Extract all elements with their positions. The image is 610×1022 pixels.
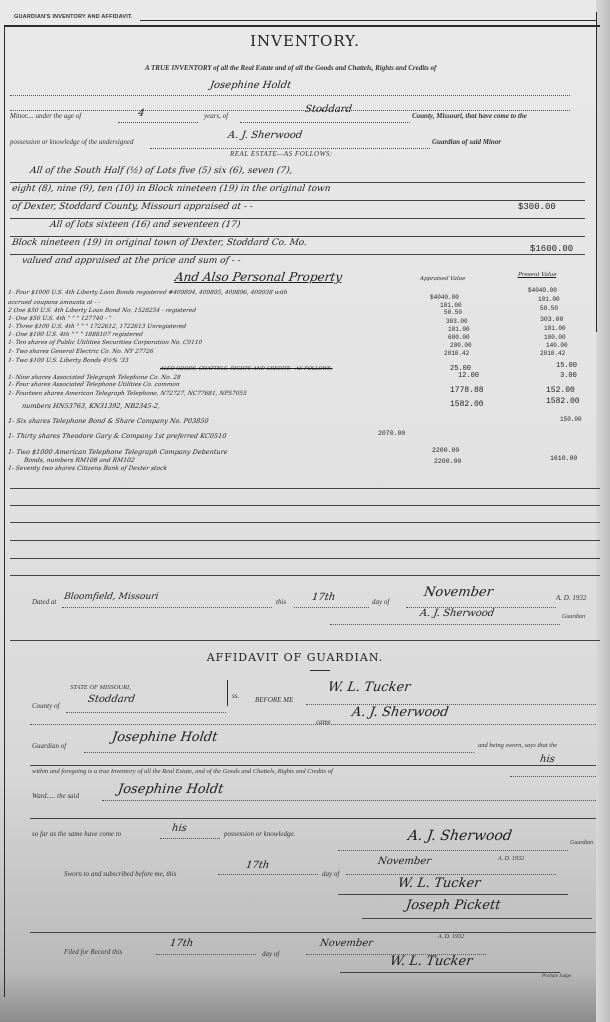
list-item: Bonds, numbers RM108 and RM102	[24, 457, 136, 464]
filed-year: A. D. 1932	[438, 934, 464, 940]
dated-day-of-label: day of	[372, 598, 389, 606]
affidavit-county: Stoddard	[87, 694, 135, 705]
guardian-signature: A. J. Sherwood	[407, 828, 513, 844]
guardian-signature-line	[338, 850, 568, 851]
ruled-line	[30, 818, 596, 819]
sworn-label: Sworn to and subscribed before me, this	[64, 870, 176, 878]
affidavit-title: AFFIDAVIT OF GUARDIAN.	[0, 651, 600, 664]
filed-label: Filed for Record this	[64, 948, 122, 956]
before-me-label: BEFORE ME	[255, 696, 293, 704]
real-estate-2-line-1: All of lots sixteen (16) and seventeen (…	[49, 220, 241, 230]
before-me-value: W. L. Tucker	[327, 680, 411, 695]
real-estate-2-value: $1600.00	[530, 244, 573, 254]
ruled-line	[10, 182, 585, 183]
list-item: 1- Two shares General Electric Co. No. N…	[8, 349, 154, 355]
county-line	[66, 712, 226, 713]
ruled-line	[30, 765, 596, 766]
filed-signature: W. L. Tucker	[389, 954, 473, 969]
filed-signature-line	[340, 972, 560, 973]
dated-year: A. D. 1932	[556, 594, 586, 602]
guardian-of-minor-label: Guardian of said Minor	[432, 138, 501, 146]
before-me-line	[306, 704, 596, 705]
list-item: 1- Four shares Associated Telephone Util…	[8, 382, 180, 388]
item-appraised: 303.00	[446, 318, 468, 325]
ruled-line	[10, 254, 585, 255]
real-estate-2-line-2: Block nineteen (19) in original town of …	[11, 238, 307, 248]
possession-label: possession or knowledge of the undersign…	[10, 138, 133, 146]
ruled-line	[10, 236, 585, 237]
ruled-line	[10, 522, 600, 523]
ruled-line	[10, 505, 600, 506]
pronoun-line	[510, 776, 596, 777]
ss-label: ss.	[232, 692, 239, 700]
affidavit-body-text: within and foregoing is a true Inventory…	[32, 768, 333, 775]
item-present: 303.00	[540, 316, 563, 323]
dated-day: 17th	[311, 592, 336, 603]
form-header-label: GUARDIAN'S INVENTORY AND AFFIDAVIT.	[14, 14, 133, 20]
sworn-year: A. D. 1932	[498, 856, 524, 862]
list-item: 1- Nine shares Associated Telegraph Tele…	[8, 375, 181, 381]
guardian-name: A. J. Sherwood	[227, 130, 303, 141]
day-line	[294, 607, 369, 608]
ruled-line	[10, 575, 600, 576]
list-item: accrued coupons amounts at - -	[8, 300, 101, 306]
real-estate-1-line-1: All of the South Half (½) of Lots five (…	[29, 166, 293, 176]
second-signature-line	[362, 918, 592, 919]
right-border-upper	[596, 12, 597, 332]
county-suffix: County, Missouri, that have come to the	[412, 112, 527, 120]
ruled-line	[10, 558, 600, 559]
item-present: 15.00	[556, 362, 577, 370]
minor-age-label: Minor.... under the age of	[10, 112, 81, 120]
real-estate-2-line-3: valued and appraised at the price and su…	[21, 256, 241, 266]
item-appraised: 600.00	[448, 334, 470, 341]
pronoun-2: his	[171, 823, 187, 834]
item-present: 1610.00	[550, 455, 577, 462]
dated-signature-role: Guardian	[562, 614, 585, 620]
ward-label: Ward..... the said	[32, 792, 79, 800]
item-appraised: 101.00	[440, 302, 462, 309]
minor-name-line	[10, 95, 570, 96]
item-present: 50.50	[540, 305, 558, 312]
list-item: 1- One $50 U.S. 4th " " " 127740 - "	[8, 316, 112, 322]
pronoun-2-line	[160, 838, 220, 839]
sworn-day-line	[218, 874, 318, 875]
ruled-line	[10, 540, 600, 541]
item-present: 100.00	[544, 334, 566, 341]
filed-role: Probate Judge	[542, 974, 571, 979]
item-present: 101.00	[538, 296, 560, 303]
officer-signature-line	[338, 894, 568, 895]
filed-day-line	[156, 954, 256, 955]
guardian-of-line	[84, 752, 474, 753]
header-rule	[140, 20, 596, 21]
county-value: Stoddard	[304, 104, 352, 115]
list-item: 1- Thirty shares Theodore Gary & Company…	[7, 432, 226, 440]
dated-this-label: this	[276, 598, 286, 606]
county-line	[240, 122, 410, 123]
place-line	[62, 607, 272, 608]
item-appraised: 12.00	[458, 372, 479, 380]
guardian-of-label: Guardian of	[32, 742, 66, 750]
possession-text: possession or knowledge.	[224, 830, 295, 838]
sworn-says-text: and being sworn, says that the	[478, 742, 557, 749]
item-appraised: 2200.00	[432, 447, 459, 454]
real-estate-heading: REAL ESTATE—AS FOLLOWS:	[230, 150, 333, 158]
list-item: 1- Ten shares of Public Utilities Securi…	[8, 340, 203, 346]
title-underline	[310, 670, 330, 671]
guardian-role: Guardian	[570, 840, 593, 846]
ward-line	[102, 800, 596, 801]
list-item: 1- Two $100 U.S. Liberty Bonds 4½% '33	[8, 358, 129, 364]
ruled-line	[10, 218, 585, 219]
intro-text: A TRUE INVENTORY of all the Real Estate …	[145, 64, 436, 72]
item-appraised: $4040.00	[430, 294, 459, 301]
so-far-label: so far as the same have come to	[32, 830, 121, 838]
left-border	[4, 25, 5, 997]
sworn-month-line	[346, 874, 556, 875]
list-item: numbers HN53763, KN31392, NB2345-2,	[21, 402, 160, 410]
dated-place: Bloomfield, Missouri	[63, 592, 159, 602]
filed-day: 17th	[169, 938, 194, 949]
section-divider	[30, 932, 596, 933]
item-present: 2010.42	[540, 350, 565, 357]
sworn-month: November	[377, 856, 431, 867]
age-line	[118, 122, 198, 123]
brace	[227, 680, 228, 706]
list-item: 1- One $100 U.S. 4th " " " 1888107 regis…	[8, 332, 144, 338]
item-appraised: 1778.88	[450, 386, 484, 395]
section-divider	[10, 640, 600, 641]
sworn-day-of-label: day of	[322, 870, 339, 878]
item-appraised: 2010.42	[444, 350, 469, 357]
filed-day-of-label: day of	[262, 950, 279, 958]
page-edge-shadow	[596, 0, 610, 1022]
inventory-title: INVENTORY.	[0, 32, 610, 50]
real-estate-1-line-3: of Dexter, Stoddard County, Missouri app…	[11, 202, 253, 212]
blank-line	[10, 110, 570, 111]
dated-month: November	[423, 585, 494, 600]
list-item: 1- Fourteen shares American Telegraph Te…	[8, 391, 248, 397]
item-appraised: 1582.00	[450, 400, 484, 409]
dated-at-label: Dated at	[32, 598, 56, 606]
state-label: STATE OF MISSOURI,	[70, 684, 131, 691]
ruled-line	[10, 488, 600, 489]
dated-signature: A. J. Sherwood	[419, 608, 495, 619]
item-appraised: 2200.00	[434, 458, 461, 465]
item-present: 152.00	[546, 386, 575, 395]
came-value: A. J. Sherwood	[351, 705, 450, 720]
item-present: 140.00	[546, 342, 568, 349]
signature-line	[330, 624, 560, 625]
item-appraised: 2070.00	[378, 430, 405, 437]
years-of-label: years, of	[204, 112, 228, 120]
col-appraised-label: Appraised Value	[420, 276, 466, 282]
list-item: 1- Six shares Telephone Bond & Share Com…	[7, 417, 209, 425]
list-item: 1- Four $1000 U.S. 4th Liberty Loan Bond…	[8, 290, 288, 296]
list-item: 1- Two $1000 American Telephone Telegrap…	[7, 448, 228, 456]
item-appraised: 50.50	[444, 309, 462, 316]
item-present: 3.00	[560, 372, 577, 380]
ward-value: Josephine Holdt	[117, 782, 224, 797]
county-label: County of	[32, 702, 59, 710]
item-present: $4040.00	[528, 287, 557, 294]
personal-property-heading: And Also Personal Property	[174, 270, 343, 284]
item-appraised: 101.00	[448, 326, 470, 333]
officer-signature: W. L. Tucker	[397, 876, 481, 891]
real-estate-1-value: $300.00	[518, 202, 556, 212]
top-border	[4, 25, 600, 27]
filed-month: November	[319, 938, 373, 949]
guardian-of-value: Josephine Holdt	[111, 730, 218, 745]
list-item: 1- Seventy two shares Citizens Bank of D…	[8, 465, 168, 472]
col-present-label: Present Value	[518, 272, 557, 278]
list-item: 2 One $50 U.S. 4th Liberty Loan Bond No.…	[8, 308, 197, 314]
pronoun-1: his	[539, 754, 555, 765]
ruled-line	[10, 200, 585, 201]
item-present: 101.00	[544, 325, 566, 332]
real-estate-1-line-2: eight (8), nine (9), ten (10) in Block n…	[11, 184, 331, 194]
struck-form-heading: ALSO GOODS, CHATTELS, RIGHTS AND CREDITS…	[160, 366, 333, 372]
guardian-line	[150, 148, 430, 149]
item-present: 1582.00	[546, 397, 580, 406]
minor-name: Josephine Holdt	[209, 80, 292, 91]
came-line	[30, 724, 596, 725]
list-item: 1- Three $100 U.S. 4th " " " 1722612, 17…	[8, 324, 187, 330]
item-present: 150.00	[560, 416, 582, 423]
sworn-day: 17th	[245, 860, 270, 871]
item-appraised: 200.00	[450, 342, 472, 349]
second-signature: Joseph Pickett	[405, 898, 502, 913]
